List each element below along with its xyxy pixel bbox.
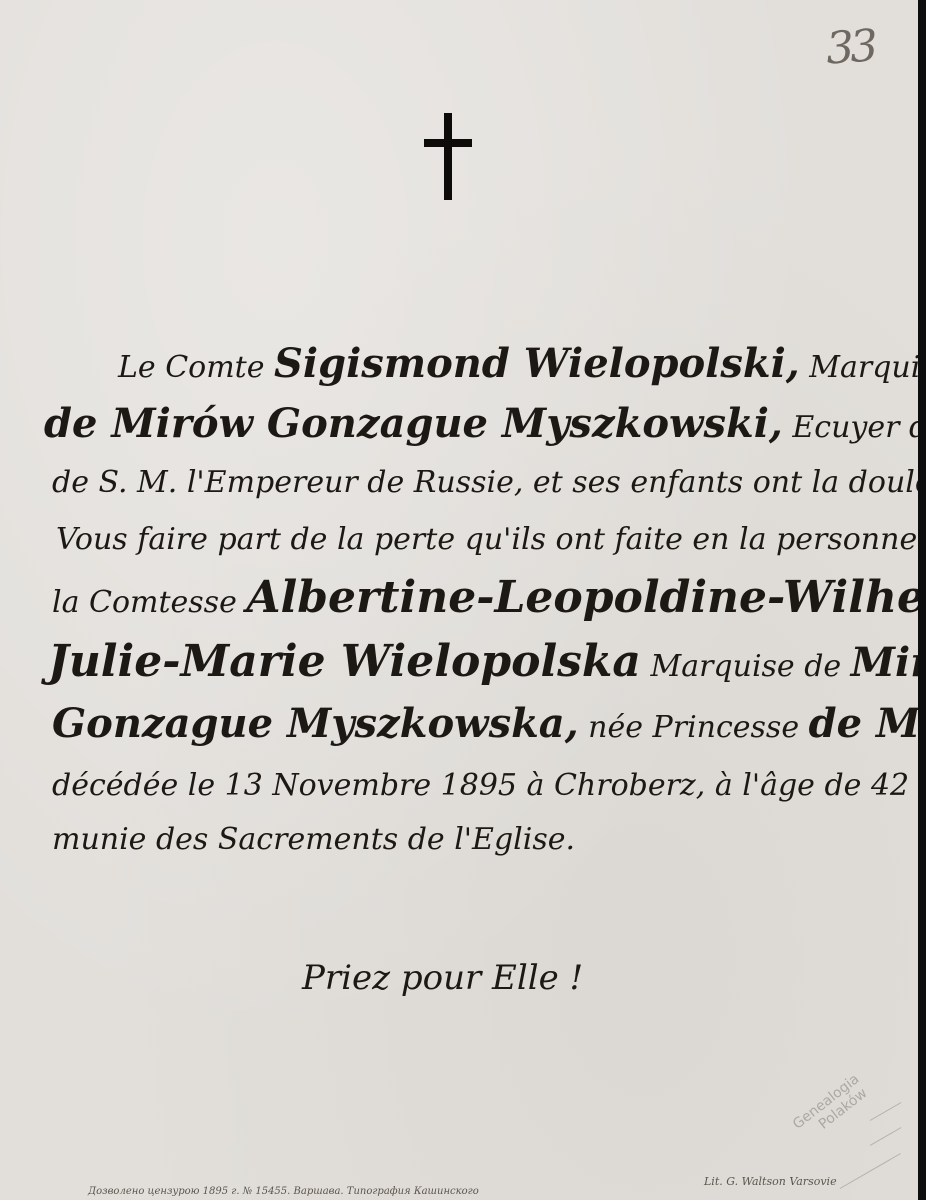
page-number: 33 <box>824 20 875 74</box>
text-segment: Le Comte <box>118 350 274 385</box>
lithographer-imprint: Lit. G. Waltson Varsovie <box>704 1175 837 1188</box>
text-segment: de S. M. l'Empereur de Russie, <box>52 465 523 500</box>
text-segment: née Princesse <box>579 710 809 745</box>
text-line-6: Julie-Marie Wielopolska Marquise de Miró… <box>48 636 926 687</box>
name-albertine: Albertine-Leopoldine-Wilhelmine- <box>246 572 926 623</box>
name-gonzague-myszkowska: Gonzague Myszkowska, <box>52 700 579 747</box>
scan-border <box>918 0 926 1200</box>
text-line-4: Vous faire part de la perte qu'ils ont f… <box>56 522 926 557</box>
text-line-3: de S. M. l'Empereur de Russie, et ses en… <box>52 465 926 500</box>
text-segment: et ses enfants ont la douleur de <box>523 465 926 500</box>
watermark: Genealogia Polaków <box>790 1071 872 1145</box>
censorship-imprint: Дозволено цензурою 1895 г. № 15455. Варш… <box>88 1186 479 1197</box>
text-segment: Ecuyer de la Cour <box>783 410 926 445</box>
text-line-5: la Comtesse Albertine-Leopoldine-Wilhelm… <box>52 572 926 623</box>
death-date-line: décédée le 13 Novembre 1895 à Chroberz, … <box>52 768 926 803</box>
text-line-1: Le Comte Sigismond Wielopolski, Marquis <box>118 340 926 387</box>
text-segment: munie des Sacrements de l'Eglise. <box>52 822 575 857</box>
watermark-rule <box>870 1127 902 1146</box>
text-segment: Mirów <box>851 639 926 686</box>
text-segment: Marquise de <box>641 649 851 684</box>
text-segment: Marquis <box>800 350 926 385</box>
text-segment: Vous faire part de la perte qu'ils ont f… <box>56 522 926 557</box>
text-segment: la Comtesse <box>52 585 246 620</box>
closing-prayer: Priez pour Elle ! <box>302 958 583 998</box>
text-line-9: munie des Sacrements de l'Eglise. <box>52 822 575 857</box>
watermark-rule <box>840 1153 901 1189</box>
announcement-page: 33 Le Comte Sigismond Wielopolski, Marqu… <box>0 0 918 1200</box>
name-julie-marie: Julie-Marie Wielopolska <box>48 636 641 687</box>
name-montenuovo: de Montenuovo, <box>809 700 926 747</box>
text-line-2: de Mirów Gonzague Myszkowski, Ecuyer de … <box>44 400 926 447</box>
name-mirow-gonzague: de Mirów Gonzague Myszkowski, <box>44 400 783 447</box>
text-line-7: Gonzague Myszkowska, née Princesse de Mo… <box>52 700 926 747</box>
text-line-8: décédée le 13 Novembre 1895 à Chroberz, … <box>52 768 926 803</box>
name-sigismond: Sigismond Wielopolski, <box>274 340 800 387</box>
watermark-rule <box>870 1102 902 1121</box>
cross-icon <box>424 113 472 200</box>
